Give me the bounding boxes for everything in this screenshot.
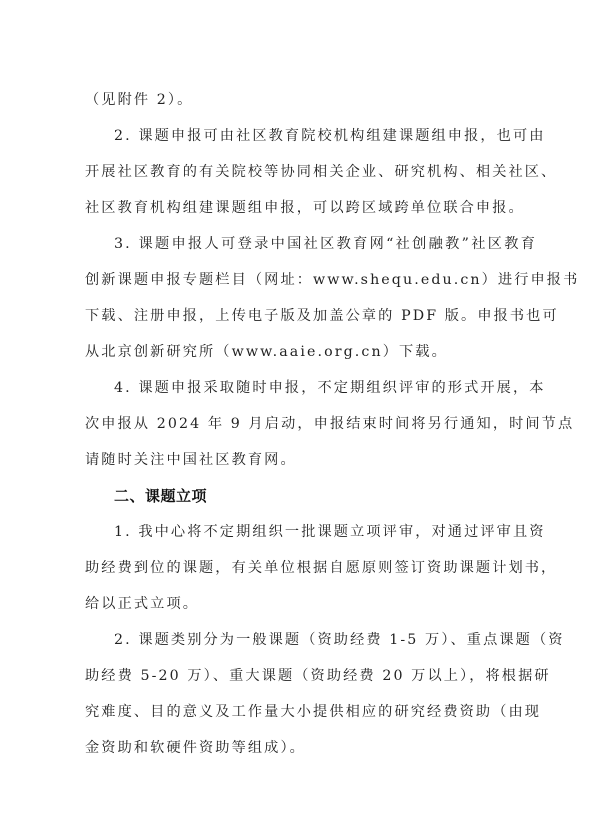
section-heading: 二、课题立项 (114, 486, 207, 506)
paragraph-line: 究难度、目的意义及工作量大小提供相应的研究经费资助（由现 (85, 702, 537, 722)
paragraph-line: 社区教育机构组建课题组申报，可以跨区域跨单位联合申报。 (85, 198, 537, 218)
paragraph-line: 助经费 5-20 万）、重大课题（资助经费 20 万以上），将根据研 (85, 666, 537, 686)
paragraph-line: 金资助和软硬件资助等组成）。 (85, 738, 537, 758)
paragraph-line: 创新课题申报专题栏目（网址：www.shequ.edu.cn）进行申报书 (85, 270, 537, 290)
paragraph-line: 下载、注册申报，上传电子版及加盖公章的 PDF 版。申报书也可 (85, 306, 537, 326)
paragraph-line: （见附件 2）。 (85, 90, 537, 110)
paragraph-line: 从北京创新研究所（www.aaie.org.cn）下载。 (85, 342, 537, 362)
paragraph-line: 4. 课题申报采取随时申报，不定期组织评审的形式开展，本 (114, 378, 537, 398)
paragraph-line: 助经费到位的课题，有关单位根据自愿原则签订资助课题计划书， (85, 558, 537, 578)
paragraph-line: 2. 课题类别分为一般课题（资助经费 1-5 万）、重点课题（资 (114, 630, 537, 650)
paragraph-line: 3. 课题申报人可登录中国社区教育网“社创融教”社区教育 (114, 234, 537, 254)
paragraph-line: 给以正式立项。 (85, 594, 537, 614)
paragraph-line: 2. 课题申报可由社区教育院校机构组建课题组申报，也可由 (114, 126, 537, 146)
paragraph-line: 请随时关注中国社区教育网。 (85, 450, 537, 470)
paragraph-line: 开展社区教育的有关院校等协同相关企业、研究机构、相关社区、 (85, 162, 537, 182)
paragraph-line: 1. 我中心将不定期组织一批课题立项评审，对通过评审且资 (114, 522, 537, 542)
paragraph-line: 次申报从 2024 年 9 月启动，申报结束时间将另行通知，时间节点 (85, 414, 537, 434)
document-page: （见附件 2）。 2. 课题申报可由社区教育院校机构组建课题组申报，也可由 开展… (0, 0, 592, 834)
